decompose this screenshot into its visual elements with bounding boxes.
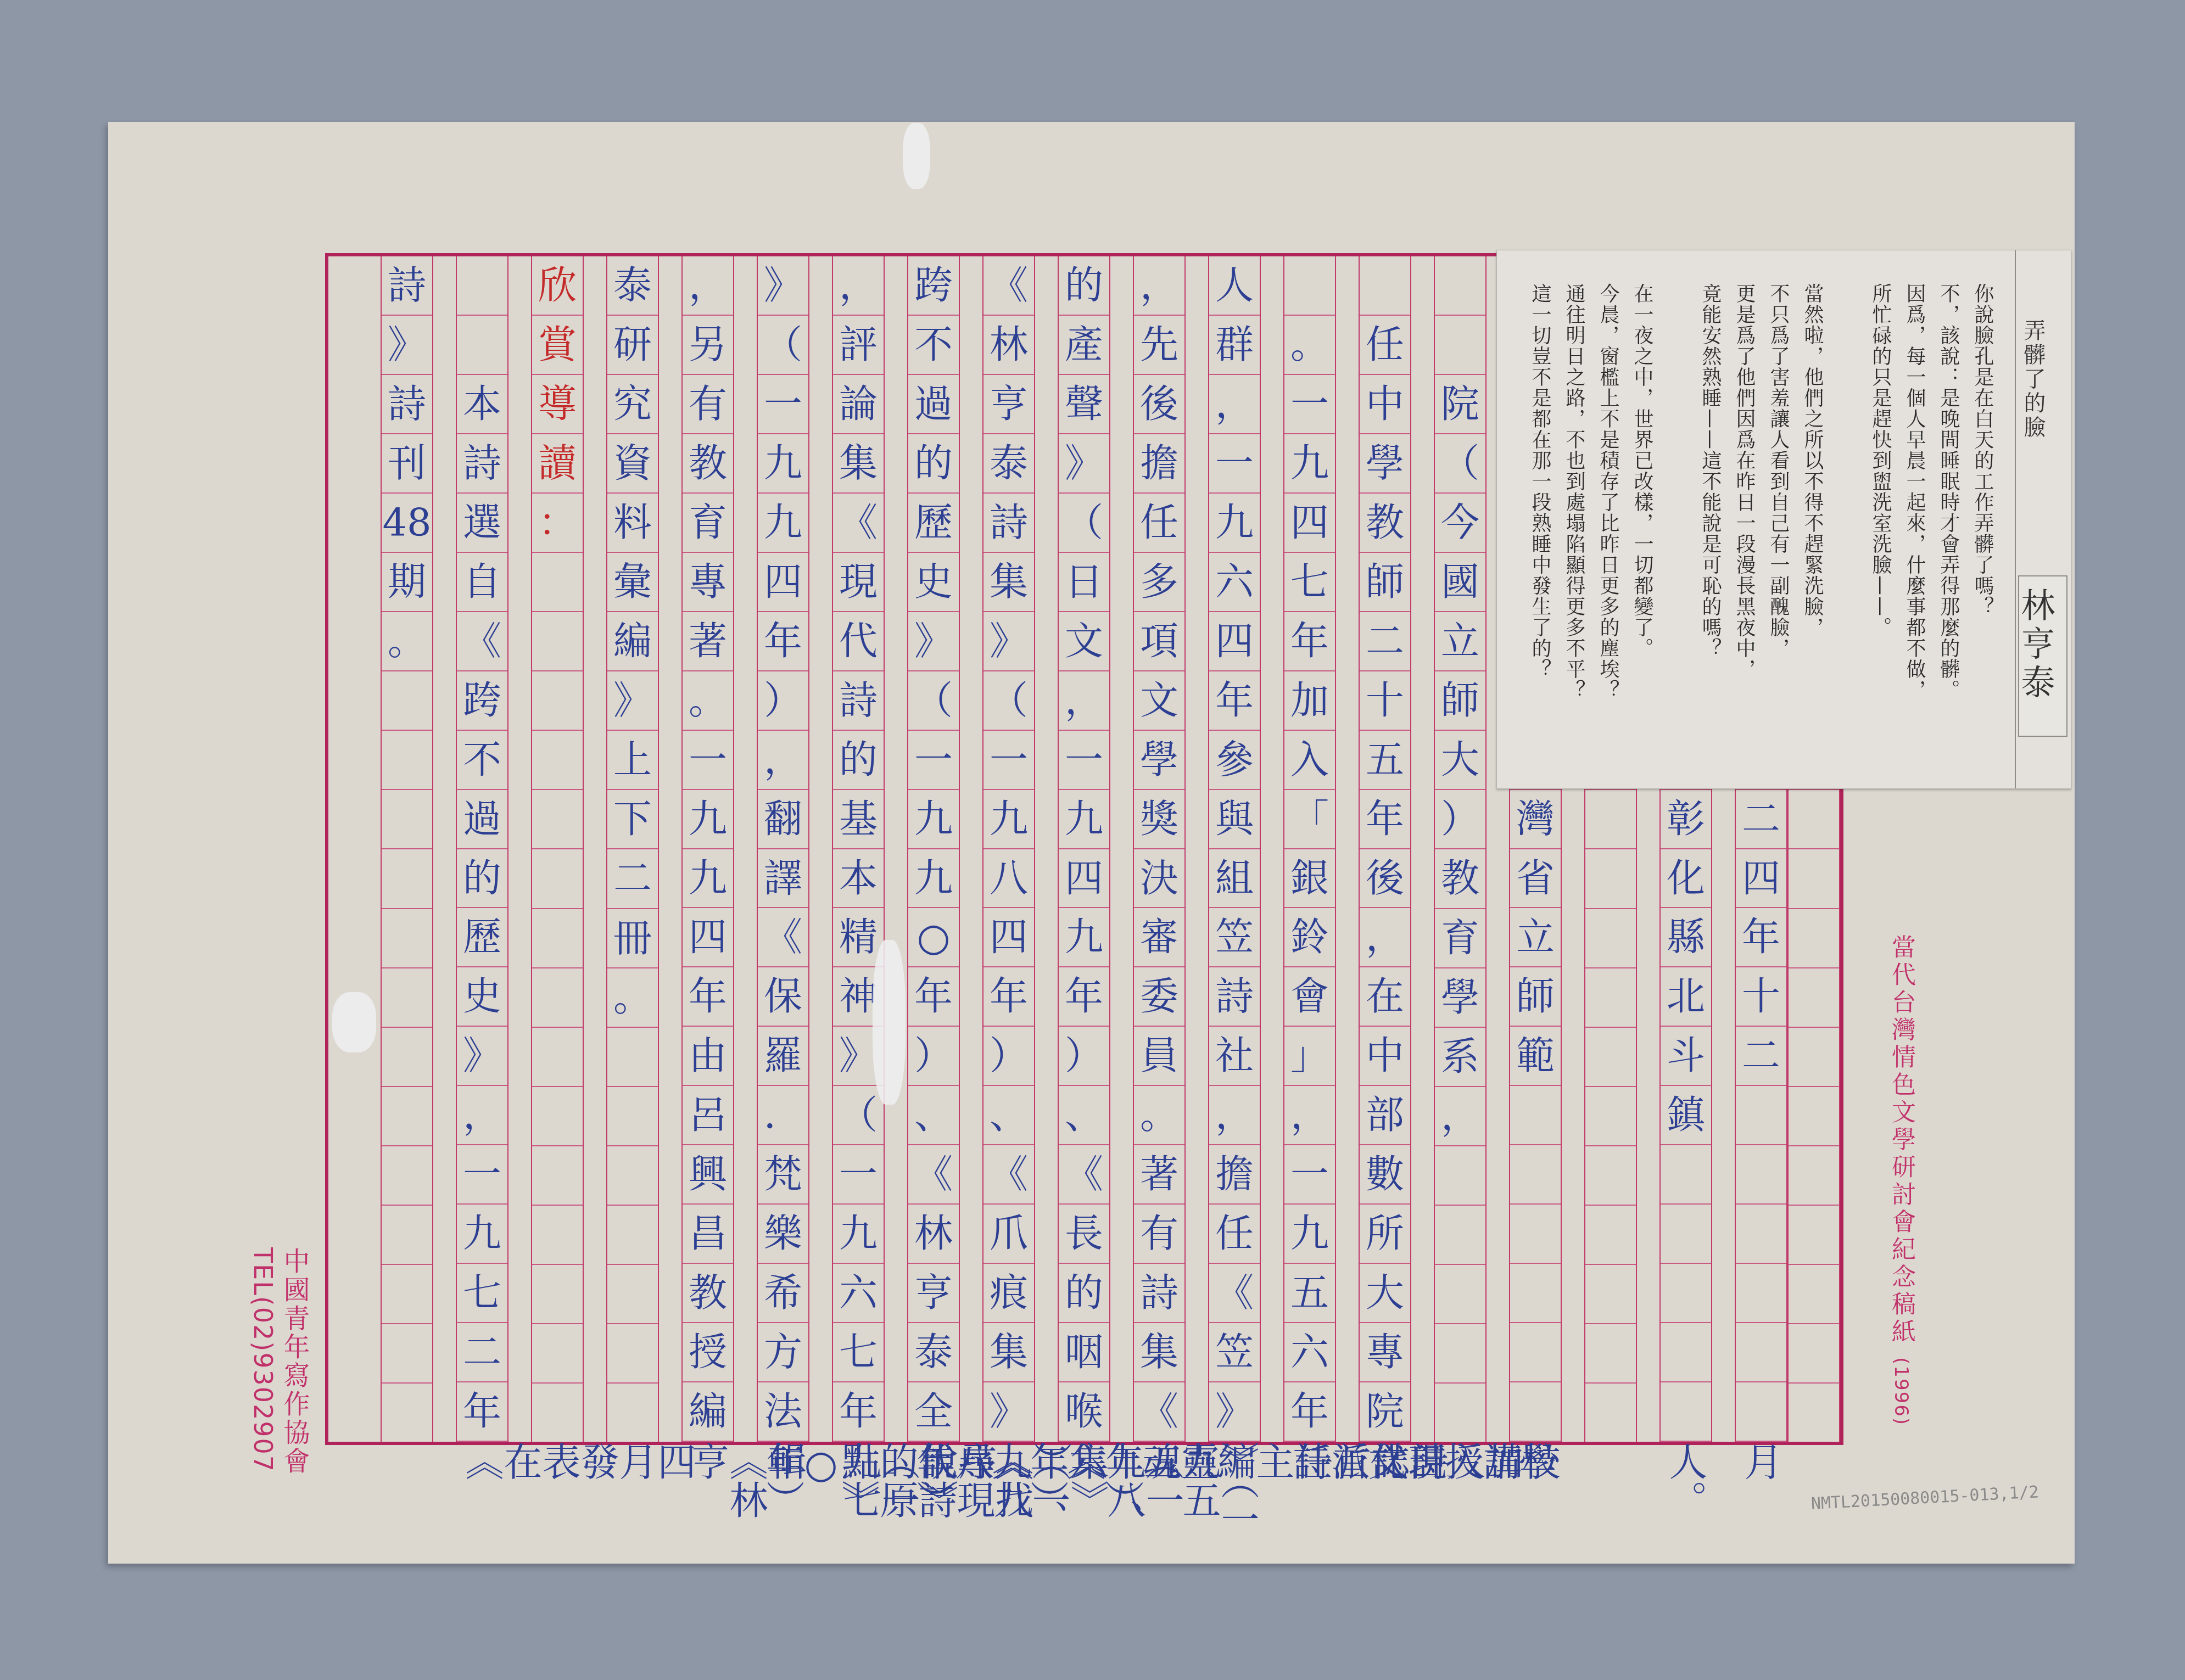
manuscript-cell: 一 — [1284, 375, 1335, 434]
correction-fluid-mark — [332, 992, 376, 1052]
manuscript-cell: 、 — [1059, 1086, 1109, 1145]
poem-line: 你說臉孔是在白天的工作弄髒了嗎？ — [1965, 283, 1999, 777]
newspaper-clipping: 弄髒了的臉 林亨泰 你說臉孔是在白天的工作弄髒了嗎？不，該說：是晚間睡眠時才會弄… — [1496, 250, 2071, 789]
manuscript-cell: 希 — [758, 1264, 808, 1323]
manuscript-cell: ， — [1360, 908, 1410, 967]
manuscript-cell — [382, 909, 432, 968]
manuscript-cell: 笠 — [1209, 1323, 1260, 1382]
manuscript-cell: 》 — [457, 1027, 507, 1086]
manuscript-cell — [1585, 968, 1636, 1028]
manuscript-cell: 後 — [1134, 375, 1184, 434]
manuscript-cell: 會 — [1284, 967, 1335, 1027]
manuscript-cell: 林 — [983, 316, 1034, 375]
manuscript-cell: 詩 — [382, 256, 432, 316]
manuscript-cell: 林 — [908, 1205, 959, 1264]
manuscript-cell: 的 — [457, 849, 507, 909]
manuscript-cell: 大 — [1435, 731, 1485, 790]
manuscript-cell: 二 — [457, 1323, 507, 1382]
manuscript-cell — [532, 909, 583, 968]
manuscript-cell — [607, 1265, 658, 1324]
manuscript-cell — [1510, 1205, 1561, 1264]
manuscript-cell: 年 — [683, 967, 733, 1027]
manuscript-cell — [1789, 1265, 1839, 1324]
poem-line: 更是爲了他們因爲在昨日一段漫長黑夜中， — [1727, 283, 1761, 777]
manuscript-column: ，另有教育專著。一九九四年由呂興昌教授編輯《林亨 — [681, 256, 734, 1442]
manuscript-cell: 「 — [1284, 790, 1335, 849]
manuscript-cell: 代 — [833, 612, 884, 671]
manuscript-cell: 院 — [1435, 375, 1485, 434]
manuscript-cell: 任 — [1209, 1205, 1260, 1264]
manuscript-cell: 》 — [1209, 1382, 1260, 1442]
manuscript-cell — [532, 671, 583, 731]
manuscript-cell: 集 — [983, 553, 1034, 612]
manuscript-cell — [1510, 1323, 1561, 1382]
poem-title: 弄髒了的臉 — [2018, 319, 2049, 440]
manuscript-cell — [1789, 909, 1839, 968]
manuscript-cell — [1435, 256, 1485, 316]
manuscript-cell: 、 — [908, 1086, 959, 1145]
manuscript-cell: 樂 — [758, 1205, 808, 1264]
manuscript-cell: 六 — [1284, 1323, 1335, 1382]
manuscript-cell: 在 — [1360, 967, 1410, 1027]
manuscript-cell: 學 — [1134, 731, 1184, 790]
manuscript-cell: 九 — [833, 1205, 884, 1264]
manuscript-cell: 先 — [1134, 316, 1184, 375]
manuscript-cell: 亨 — [908, 1264, 959, 1323]
manuscript-cell: 。 — [607, 968, 658, 1028]
manuscript-cell: ． — [758, 1086, 808, 1145]
manuscript-cell — [1736, 1145, 1786, 1205]
manuscript-cell: ， — [683, 256, 733, 316]
manuscript-cell: 後 — [1360, 849, 1410, 909]
correction-fluid-mark — [873, 940, 906, 1105]
manuscript-cell: 一 — [683, 731, 733, 790]
manuscript-cell: 泰 — [908, 1323, 959, 1382]
manuscript-cell: 任 — [1134, 494, 1184, 553]
manuscript-cell: 二 — [1736, 790, 1786, 849]
manuscript-cell: 組 — [1209, 849, 1260, 909]
manuscript-cell: 下 — [607, 790, 658, 849]
manuscript-cell: 呂 — [683, 1086, 733, 1145]
manuscript-cell: 八 — [983, 849, 1034, 909]
manuscript-cell — [607, 1146, 658, 1206]
manuscript-cell: 九 — [1284, 1205, 1335, 1264]
manuscript-cell — [607, 1087, 658, 1146]
manuscript-cell: ○ — [908, 908, 959, 967]
archive-number: NMTL20150080015-013,1/2 — [1810, 1482, 2039, 1514]
manuscript-cell: 學 — [1435, 968, 1485, 1028]
manuscript-cell: 一 — [908, 731, 959, 790]
manuscript-cell: 斗 — [1661, 1027, 1711, 1086]
manuscript-column: 的產聲》（日文，一九四九年）、《長的咽喉》（一九五五年）、《 — [1058, 256, 1110, 1442]
manuscript-cell — [1661, 1264, 1711, 1323]
manuscript-cell: 群 — [1209, 316, 1260, 375]
manuscript-cell: 自 — [457, 553, 507, 612]
manuscript-cell — [1435, 1324, 1485, 1384]
manuscript-cell: 過 — [908, 375, 959, 434]
manuscript-cell: 擔 — [1209, 1145, 1260, 1205]
manuscript-cell — [1736, 1264, 1786, 1323]
manuscript-cell: 》 — [983, 1382, 1034, 1442]
manuscript-cell: 九 — [1209, 494, 1260, 553]
manuscript-cell: 任 — [1360, 316, 1410, 375]
manuscript-cell: （ — [833, 1086, 884, 1145]
manuscript-column: 《林亨泰詩集》（一九八四年）、《爪痕集》（一九八六年）、《 — [982, 256, 1035, 1442]
manuscript-cell: 年 — [1284, 612, 1335, 671]
manuscript-cell: 數 — [1360, 1145, 1410, 1205]
manuscript-cell — [382, 849, 432, 909]
manuscript-cell: 的 — [1059, 1264, 1109, 1323]
manuscript-cell: 《 — [983, 256, 1034, 316]
manuscript-cell: 加 — [1284, 671, 1335, 731]
manuscript-cell: 《 — [758, 908, 808, 967]
manuscript-cell: 省 — [1510, 849, 1561, 909]
manuscript-cell — [532, 849, 583, 909]
manuscript-cell: 法 — [758, 1382, 808, 1442]
manuscript-cell: 48 — [382, 494, 432, 553]
manuscript-cell: 歷 — [908, 494, 959, 553]
manuscript-cell: 詩 — [457, 434, 507, 494]
manuscript-cell: ， — [1209, 375, 1260, 434]
manuscript-cell: 四 — [1209, 612, 1260, 671]
manuscript-cell: （ — [1059, 494, 1109, 553]
manuscript-cell — [382, 790, 432, 849]
manuscript-cell: 年 — [758, 612, 808, 671]
manuscript-cell: 四 — [983, 908, 1034, 967]
manuscript-cell — [1789, 1384, 1839, 1442]
overflow-text: 輯《林亨 — [688, 1442, 803, 1519]
manuscript-cell — [1435, 1146, 1485, 1206]
manuscript-cell: 七 — [1284, 553, 1335, 612]
manuscript-cell: ， — [1209, 1086, 1260, 1145]
manuscript-cell — [1585, 1384, 1636, 1442]
manuscript-cell: 痕 — [983, 1264, 1034, 1323]
manuscript-cell: 欣 — [532, 256, 583, 316]
manuscript-cell: 彰 — [1661, 790, 1711, 849]
manuscript-cell: 集 — [983, 1323, 1034, 1382]
manuscript-cell: 一 — [1059, 731, 1109, 790]
manuscript-cell: 擔 — [1134, 434, 1184, 494]
manuscript-cell: 七 — [833, 1323, 884, 1382]
manuscript-cell: 導 — [532, 375, 583, 434]
manuscript-cell: ） — [983, 1027, 1034, 1086]
manuscript-cell: 興 — [683, 1145, 733, 1205]
manuscript-cell: 師 — [1510, 967, 1561, 1027]
manuscript-cell — [607, 1206, 658, 1265]
manuscript-cell: 九 — [1059, 790, 1109, 849]
manuscript-cell: 中 — [1360, 1027, 1410, 1086]
manuscript-cell: ， — [1134, 256, 1184, 316]
manuscript-cell — [382, 1384, 432, 1442]
manuscript-cell: 一 — [833, 1145, 884, 1205]
manuscript-cell: 鎮 — [1661, 1086, 1711, 1145]
manuscript-cell: 與 — [1209, 790, 1260, 849]
manuscript-cell — [532, 553, 583, 612]
manuscript-cell: 國 — [1435, 553, 1485, 612]
manuscript-cell — [1661, 1382, 1711, 1442]
manuscript-cell — [532, 1324, 583, 1384]
manuscript-cell: 、 — [983, 1086, 1034, 1145]
manuscript-cell: 銀 — [1284, 849, 1335, 909]
manuscript-cell — [532, 968, 583, 1028]
manuscript-cell: 年 — [1284, 1382, 1335, 1442]
manuscript-cell: 六 — [833, 1264, 884, 1323]
manuscript-cell: 院 — [1360, 1382, 1410, 1442]
manuscript-cell: 範 — [1510, 1027, 1561, 1086]
manuscript-cell: 《 — [1134, 1382, 1184, 1442]
manuscript-cell: 灣 — [1510, 790, 1561, 849]
manuscript-cell: 聲 — [1059, 375, 1109, 434]
manuscript-cell: 過 — [457, 790, 507, 849]
poem-line: 這一切豈不是都在那一段熟睡中發生了的？ — [1523, 283, 1557, 777]
manuscript-cell: 今 — [1435, 494, 1485, 553]
manuscript-cell — [1510, 1264, 1561, 1323]
manuscript-cell: 著 — [1134, 1145, 1184, 1205]
manuscript-cell: 一 — [983, 731, 1034, 790]
manuscript-cell: 九 — [908, 790, 959, 849]
manuscript-cell: 審 — [1134, 908, 1184, 967]
manuscript-cell: 詩 — [983, 494, 1034, 553]
manuscript-cell: 詩 — [382, 375, 432, 434]
manuscript-cell: 學 — [1360, 434, 1410, 494]
manuscript-column: ，先後擔任多項文學獎決審委員。著有詩集《靈魂 — [1133, 256, 1186, 1442]
manuscript-cell: 育 — [683, 494, 733, 553]
manuscript-cell: 六 — [1209, 553, 1260, 612]
manuscript-cell — [532, 731, 583, 790]
manuscript-cell: ） — [758, 671, 808, 731]
manuscript-cell: 化 — [1661, 849, 1711, 909]
manuscript-cell: 年 — [457, 1382, 507, 1442]
correction-fluid-mark — [903, 123, 930, 189]
manuscript-cell — [532, 1265, 583, 1324]
poem-line: 今晨，窗檻上不是積存了比昨日更多的塵埃？ — [1591, 283, 1625, 777]
manuscript-cell: 研 — [607, 316, 658, 375]
manuscript-cell: 上 — [607, 731, 658, 790]
manuscript-cell: 》 — [908, 612, 959, 671]
manuscript-cell: 。 — [1134, 1086, 1184, 1145]
manuscript-cell: 泰 — [983, 434, 1034, 494]
manuscript-cell: 喉 — [1059, 1382, 1109, 1442]
manuscript-cell — [382, 1206, 432, 1265]
manuscript-cell: 爪 — [983, 1205, 1034, 1264]
manuscript-cell — [1661, 1145, 1711, 1205]
manuscript-cell: 資 — [607, 434, 658, 494]
manuscript-cell: ， — [457, 1086, 507, 1145]
manuscript-cell — [382, 1324, 432, 1384]
poem-line: 在一夜之中，世界已改樣，一切都變了。 — [1625, 283, 1659, 777]
manuscript-cell: 究 — [607, 375, 658, 434]
overflow-text: 四月發表在《 — [462, 1442, 693, 1480]
manuscript-cell: 立 — [1435, 612, 1485, 671]
manuscript-column: 泰研究資料彙編》上下二冊。 — [606, 256, 659, 1442]
manuscript-cell — [1736, 1086, 1786, 1145]
manuscript-cell — [1284, 256, 1335, 316]
manuscript-cell: 九 — [457, 1205, 507, 1264]
manuscript-column: 任中學教師二十五年後，在中部數所大專院校講授日文 — [1359, 256, 1411, 1442]
manuscript-cell: 料 — [607, 494, 658, 553]
manuscript-cell: 詩 — [1209, 967, 1260, 1027]
poem-line: 不只爲了害羞讓人看到自己有一副醜臉， — [1761, 283, 1795, 777]
manuscript-cell: 》 — [382, 316, 432, 375]
manuscript-paper: 作者簡介：林亨泰，一九二四年十二月十一日生，台灣彰化縣北斗鎮人。戰後，畢業於台灣… — [108, 122, 2075, 1564]
poem-line: 通往明日之路，不也到處塌陷顯得更多不平？ — [1557, 283, 1591, 777]
manuscript-cell: 四 — [1284, 494, 1335, 553]
manuscript-cell: ， — [1284, 1086, 1335, 1145]
manuscript-cell: 九 — [983, 790, 1034, 849]
manuscript-cell — [457, 316, 507, 375]
manuscript-cell: 譯 — [758, 849, 808, 909]
manuscript-cell — [1789, 849, 1839, 909]
manuscript-cell: 全 — [908, 1382, 959, 1442]
manuscript-cell: 年 — [1209, 671, 1260, 731]
manuscript-cell — [1435, 1265, 1485, 1324]
manuscript-cell: 跨 — [457, 671, 507, 731]
manuscript-cell: 的 — [1059, 256, 1109, 316]
manuscript-cell — [1736, 1323, 1786, 1382]
clipping-author-box: 林亨泰 — [2018, 575, 2067, 737]
manuscript-cell: ） — [1435, 790, 1485, 849]
manuscript-cell: 四 — [1736, 849, 1786, 909]
overflow-text: 月 — [1741, 1442, 1780, 1480]
manuscript-cell: 咽 — [1059, 1323, 1109, 1382]
manuscript-cell: 教 — [1360, 494, 1410, 553]
manuscript-column: 》（一九九四年），翻譯《保羅．梵樂希方法序說》（一九七○年） — [757, 256, 809, 1442]
manuscript-cell — [607, 1384, 658, 1442]
manuscript-column: 。一九四七年加入「銀鈴會」，一九五六年加入現代派詩 — [1283, 256, 1336, 1442]
manuscript-cell: 》 — [1059, 434, 1109, 494]
manuscript-cell: 授 — [683, 1323, 733, 1382]
manuscript-cell: 四 — [1059, 849, 1109, 909]
manuscript-cell — [1789, 1028, 1839, 1087]
manuscript-cell — [1736, 1205, 1786, 1264]
manuscript-cell: 專 — [1360, 1323, 1410, 1382]
manuscript-cell — [1789, 968, 1839, 1028]
manuscript-cell: 七 — [457, 1264, 507, 1323]
manuscript-cell — [1585, 909, 1636, 968]
manuscript-cell: 方 — [758, 1323, 808, 1382]
manuscript-cell — [532, 1384, 583, 1442]
manuscript-cell: 教 — [1435, 849, 1485, 909]
poem-line: 因爲，每一個人早晨一起來，什麼事都不做， — [1897, 283, 1931, 777]
manuscript-cell: 不 — [908, 316, 959, 375]
manuscript-cell: 翻 — [758, 790, 808, 849]
manuscript-cell: 評 — [833, 316, 884, 375]
manuscript-cell: 《 — [908, 1145, 959, 1205]
manuscript-cell: 育 — [1435, 909, 1485, 968]
manuscript-cell: 四 — [758, 553, 808, 612]
manuscript-cell — [532, 790, 583, 849]
manuscript-cell — [1585, 1146, 1636, 1206]
manuscript-cell: 本 — [833, 849, 884, 909]
manuscript-cell: 獎 — [1134, 790, 1184, 849]
manuscript-cell: 產 — [1059, 316, 1109, 375]
manuscript-cell — [607, 1028, 658, 1087]
manuscript-cell: 。 — [382, 612, 432, 671]
manuscript-cell: 梵 — [758, 1145, 808, 1205]
manuscript-cell: 文 — [1134, 671, 1184, 731]
manuscript-cell: 九 — [683, 790, 733, 849]
manuscript-cell: 一 — [758, 375, 808, 434]
paper-year: (1996) — [1890, 1357, 1912, 1426]
manuscript-cell: 歷 — [457, 908, 507, 967]
manuscript-cell: 年 — [1736, 908, 1786, 967]
manuscript-cell: ， — [1059, 671, 1109, 731]
manuscript-cell: 日 — [1059, 553, 1109, 612]
manuscript-cell: 部 — [1360, 1086, 1410, 1145]
manuscript-cell: ， — [1435, 1087, 1485, 1146]
manuscript-cell: 》 — [983, 612, 1034, 671]
manuscript-cell: 員 — [1134, 1027, 1184, 1086]
publisher-name: 中國青年寫作協會 — [276, 1247, 314, 1476]
manuscript-column: 人群，一九六四年參與組笠詩社，擔任《笠》詩誌首任主編 — [1208, 256, 1261, 1442]
manuscript-cell: 二 — [1360, 612, 1410, 671]
manuscript-cell: 笠 — [1209, 908, 1260, 967]
manuscript-cell: 」 — [1284, 1027, 1335, 1086]
manuscript-cell — [532, 1028, 583, 1087]
manuscript-cell: 保 — [758, 967, 808, 1027]
manuscript-cell — [457, 256, 507, 316]
manuscript-cell — [1585, 1028, 1636, 1087]
manuscript-cell: 著 — [683, 612, 733, 671]
manuscript-cell: 年 — [833, 1382, 884, 1442]
manuscript-cell: 《 — [457, 612, 507, 671]
manuscript-cell: 多 — [1134, 553, 1184, 612]
manuscript-cell: 》 — [758, 256, 808, 316]
manuscript-cell: （ — [983, 671, 1034, 731]
manuscript-cell: 冊 — [607, 909, 658, 968]
manuscript-cell — [532, 612, 583, 671]
manuscript-cell: 九 — [1059, 908, 1109, 967]
manuscript-column: 院（今國立師大）教育學系， — [1434, 256, 1487, 1442]
manuscript-cell: 不 — [457, 731, 507, 790]
manuscript-cell: 五 — [1360, 731, 1410, 790]
manuscript-cell: 十 — [1360, 671, 1410, 731]
publisher-phone: TEL(02)9302907 — [248, 1247, 278, 1472]
manuscript-cell: 《 — [1209, 1264, 1260, 1323]
manuscript-cell: 期 — [382, 553, 432, 612]
manuscript-cell — [1435, 316, 1485, 375]
manuscript-cell — [1585, 1265, 1636, 1324]
manuscript-cell: 編 — [607, 612, 658, 671]
manuscript-cell: 詩 — [833, 671, 884, 731]
manuscript-cell: 詩 — [1134, 1264, 1184, 1323]
manuscript-cell — [1789, 1087, 1839, 1146]
manuscript-cell — [532, 1087, 583, 1146]
manuscript-column: 跨不過的歷史》（一九九○年）、《林亨泰全集》（一九九八年） — [907, 256, 960, 1442]
manuscript-cell — [1585, 1324, 1636, 1384]
manuscript-cell: 《 — [1059, 1145, 1109, 1205]
manuscript-cell: 教 — [683, 434, 733, 494]
manuscript-cell — [1585, 1206, 1636, 1265]
poem-line: 竟能安然熟睡——這不能說是可恥的嗎？ — [1693, 283, 1727, 777]
manuscript-cell: 一 — [1209, 434, 1260, 494]
manuscript-cell: 項 — [1134, 612, 1184, 671]
manuscript-cell: 刊 — [382, 434, 432, 494]
manuscript-cell: 四 — [683, 908, 733, 967]
manuscript-cell — [532, 1206, 583, 1265]
manuscript-column: ，評論集《現代詩的基本精神》（一九六七年）《找尋現代詩的原點》 — [832, 256, 885, 1442]
manuscript-cell: 的 — [908, 434, 959, 494]
manuscript-cell: 集 — [833, 434, 884, 494]
manuscript-cell: 九 — [908, 849, 959, 909]
manuscript-cell: ） — [908, 1027, 959, 1086]
poem-line: 不，該說：是晚間睡眠時才會弄得那麼的髒。 — [1931, 283, 1965, 777]
manuscript-cell: 賞 — [532, 316, 583, 375]
manuscript-cell: 選 — [457, 494, 507, 553]
manuscript-cell: 彙 — [607, 553, 658, 612]
manuscript-cell: 年 — [1059, 967, 1109, 1027]
manuscript-cell — [1360, 256, 1410, 316]
